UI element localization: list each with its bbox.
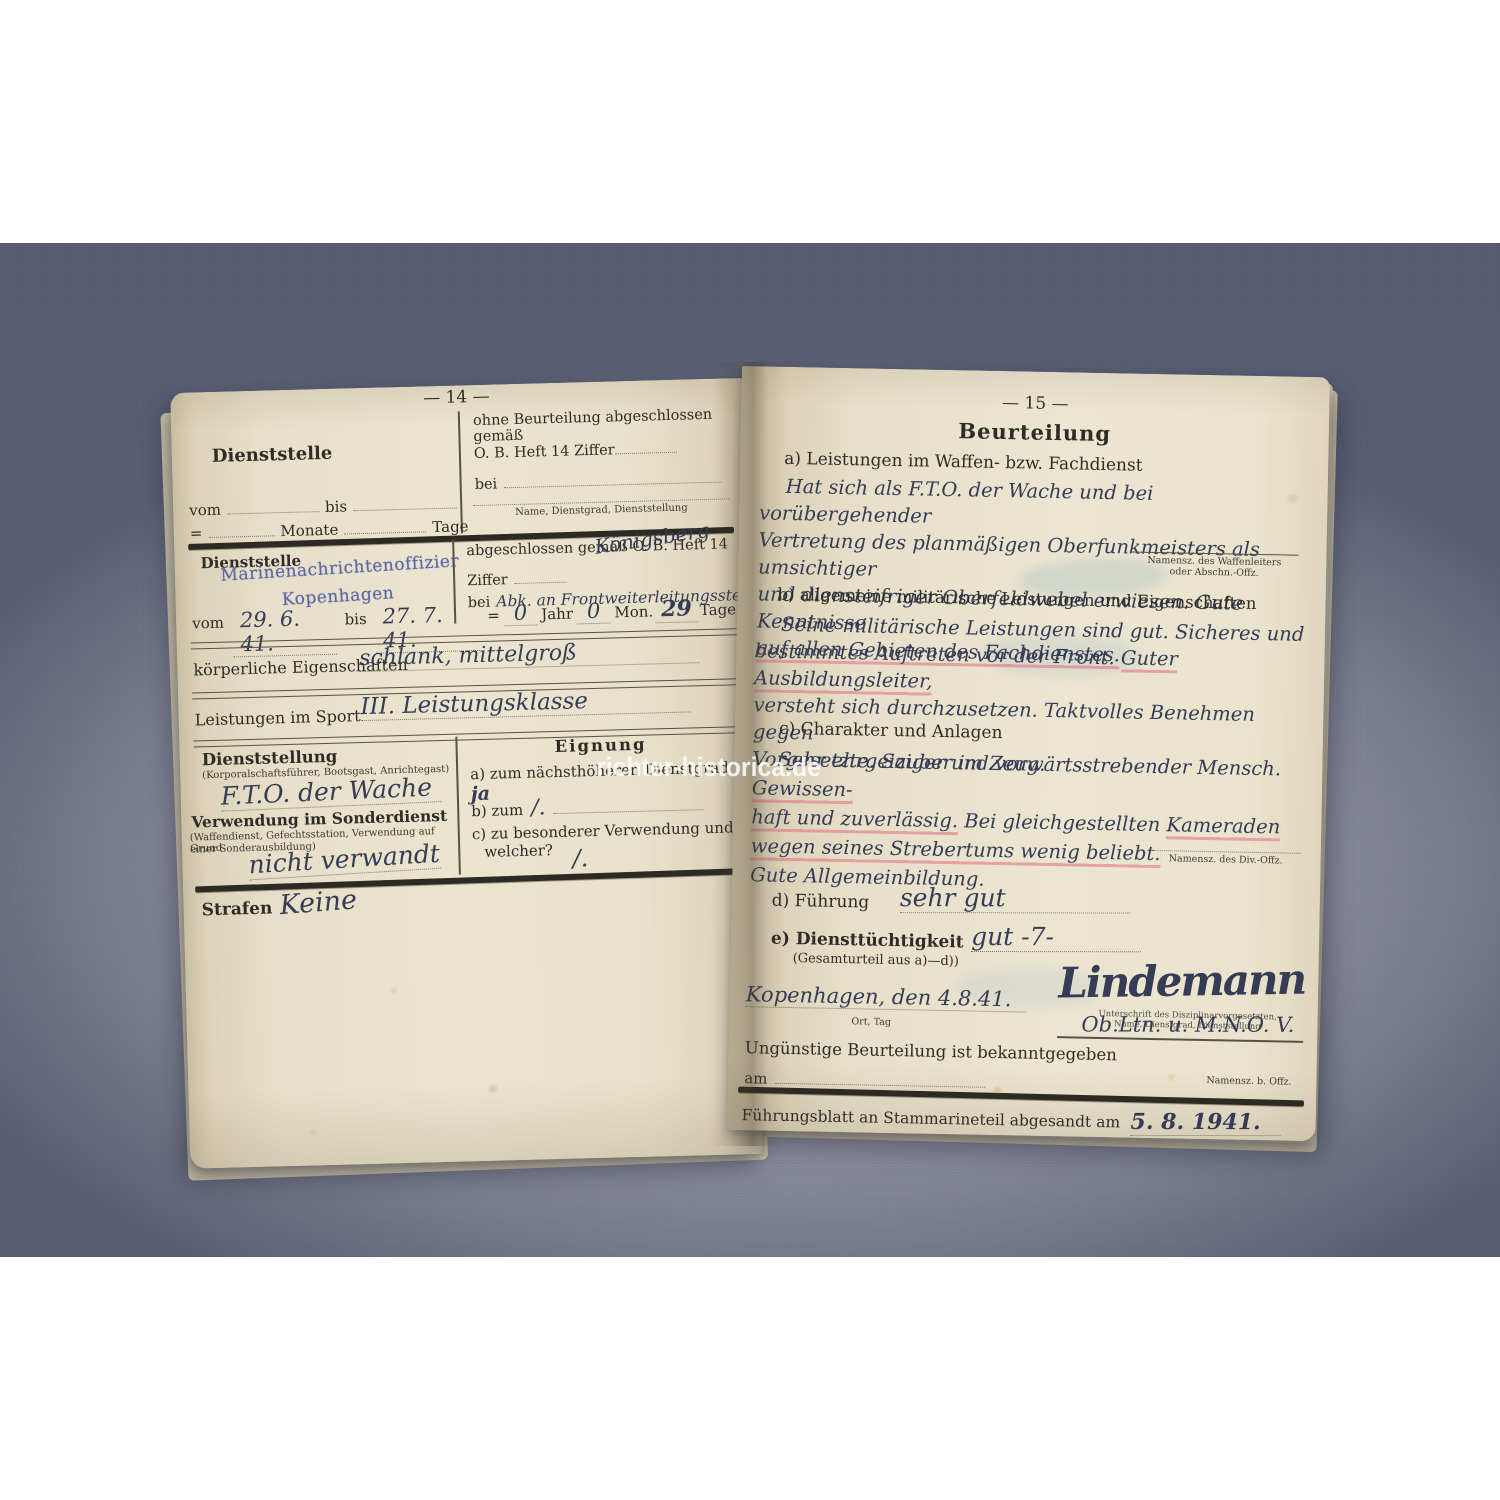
foxing-spot — [1168, 1074, 1174, 1080]
signature-rule — [1057, 1036, 1303, 1042]
am-label: am — [744, 1069, 768, 1087]
eignung-b-label: b) zum — [471, 801, 523, 820]
e-label: e) Diensttüchtigkeit — [771, 929, 964, 953]
watermark-text: richter-historica.de — [596, 752, 821, 783]
s2-ziffer-blank — [513, 567, 565, 585]
c-handwriting-line1a: Sehr ehrgeiziger und vorwärtsstrebender … — [778, 748, 1281, 781]
s1-right-line2: O. B. Heft 14 Ziffer — [474, 443, 615, 463]
s1-eq-label: = — [190, 524, 203, 542]
fuehrungsblatt-label: Führungsblatt an Stammarineteil abgesand… — [741, 1106, 1120, 1131]
b-handwriting-line2a: bestimmtes Auftreten vor der Front. — [754, 639, 1121, 669]
dates-eq: = — [487, 606, 500, 624]
eignung-c-label2: welcher? — [484, 841, 553, 861]
unguenstig-label: Ungünstige Beurteilung ist bekanntgegebe… — [745, 1038, 1117, 1064]
strafen-value: Keine — [278, 884, 358, 921]
block-column-divider — [455, 737, 460, 875]
foxing-spot — [391, 987, 397, 993]
strafen-label: Strafen — [201, 898, 272, 920]
s1-bis-blank — [353, 492, 457, 511]
am-blank — [775, 1067, 985, 1088]
e-value: gut -7- — [971, 922, 1141, 952]
s1-dienststelle-label: Dienststelle — [212, 443, 333, 467]
s1-tage-blank — [344, 515, 426, 534]
dates-jahr-value: 0 — [503, 600, 537, 626]
s1-vom-blank — [227, 495, 319, 514]
c-handwriting-line2c-underlined: Kameraden — [1166, 813, 1280, 838]
dates-jahr-label: Jahr — [541, 605, 573, 624]
s1-ziffer-blank — [614, 437, 676, 455]
eignung-b-blank — [553, 793, 703, 814]
s1-bis-label: bis — [325, 497, 348, 516]
s1-name-caption: Name, Dienstgrad, Dienststellung — [473, 499, 729, 519]
signature-handwritten: Lindemann — [1058, 955, 1306, 1008]
c-handwriting-line2a-underlined: haft und zuverlässig. — [751, 805, 958, 832]
beurteilung-title: Beurteilung — [741, 414, 1329, 450]
eignung-b-value: /. — [531, 795, 546, 820]
fuehrungsblatt-date-handwritten: 5. 8. 1941. — [1130, 1109, 1280, 1136]
dates-vom-value: 29. 6. 41. — [232, 606, 338, 658]
foxing-spot — [1287, 494, 1297, 502]
dates-bis-label: bis — [344, 610, 367, 629]
dates-mon-label: Mon. — [614, 602, 653, 621]
namensz-offz-caption: Namensz. b. Offz. — [1206, 1075, 1292, 1088]
c-label: c) Charakter und Anlagen — [779, 719, 1003, 743]
eignung-c-label1: c) zu besonderer Verwendung und — [472, 818, 734, 843]
s1-monate-label: Monate — [280, 520, 338, 540]
ort-tag-caption: Ort, Tag — [851, 1016, 891, 1028]
dates-mon-value: 0 — [577, 599, 611, 625]
dates-vom-label: vom — [192, 614, 224, 633]
d-label: d) Führung — [772, 891, 870, 913]
eignung-c-value: /. — [572, 844, 588, 872]
c-handwriting-line2b: Bei gleichgestellten — [958, 809, 1167, 836]
signature-rank-handwritten: Ob.Ltn. u. M.N.O. V. — [1081, 1012, 1294, 1036]
d-value: sehr gut — [900, 883, 1130, 913]
dates-tage-value: 29 — [655, 595, 698, 623]
sport-label: Leistungen im Sport — [195, 706, 361, 729]
s1-tage-label: Tage — [432, 517, 469, 536]
place-date-handwritten: Kopenhagen, den 4.8.41. — [746, 982, 1026, 1012]
e-sublabel: (Gesamturteil aus a)—d)) — [792, 951, 959, 969]
s1-monate-blank — [208, 519, 274, 537]
s1-bei-blank — [503, 467, 721, 489]
a-label: a) Leistungen im Waffen- bzw. Fachdienst — [784, 449, 1143, 476]
s2-ziffer-label: Ziffer — [467, 572, 508, 589]
s1-vom-label: vom — [189, 500, 221, 519]
s1-bei-label: bei — [475, 477, 498, 494]
dates-tage-label: Tage — [700, 600, 737, 619]
dienststellung-label: Dienststellung — [202, 747, 338, 770]
foxing-spot — [310, 1129, 317, 1135]
foxing-spot — [488, 1085, 497, 1093]
page-number-right: — 15 — — [741, 388, 1329, 419]
